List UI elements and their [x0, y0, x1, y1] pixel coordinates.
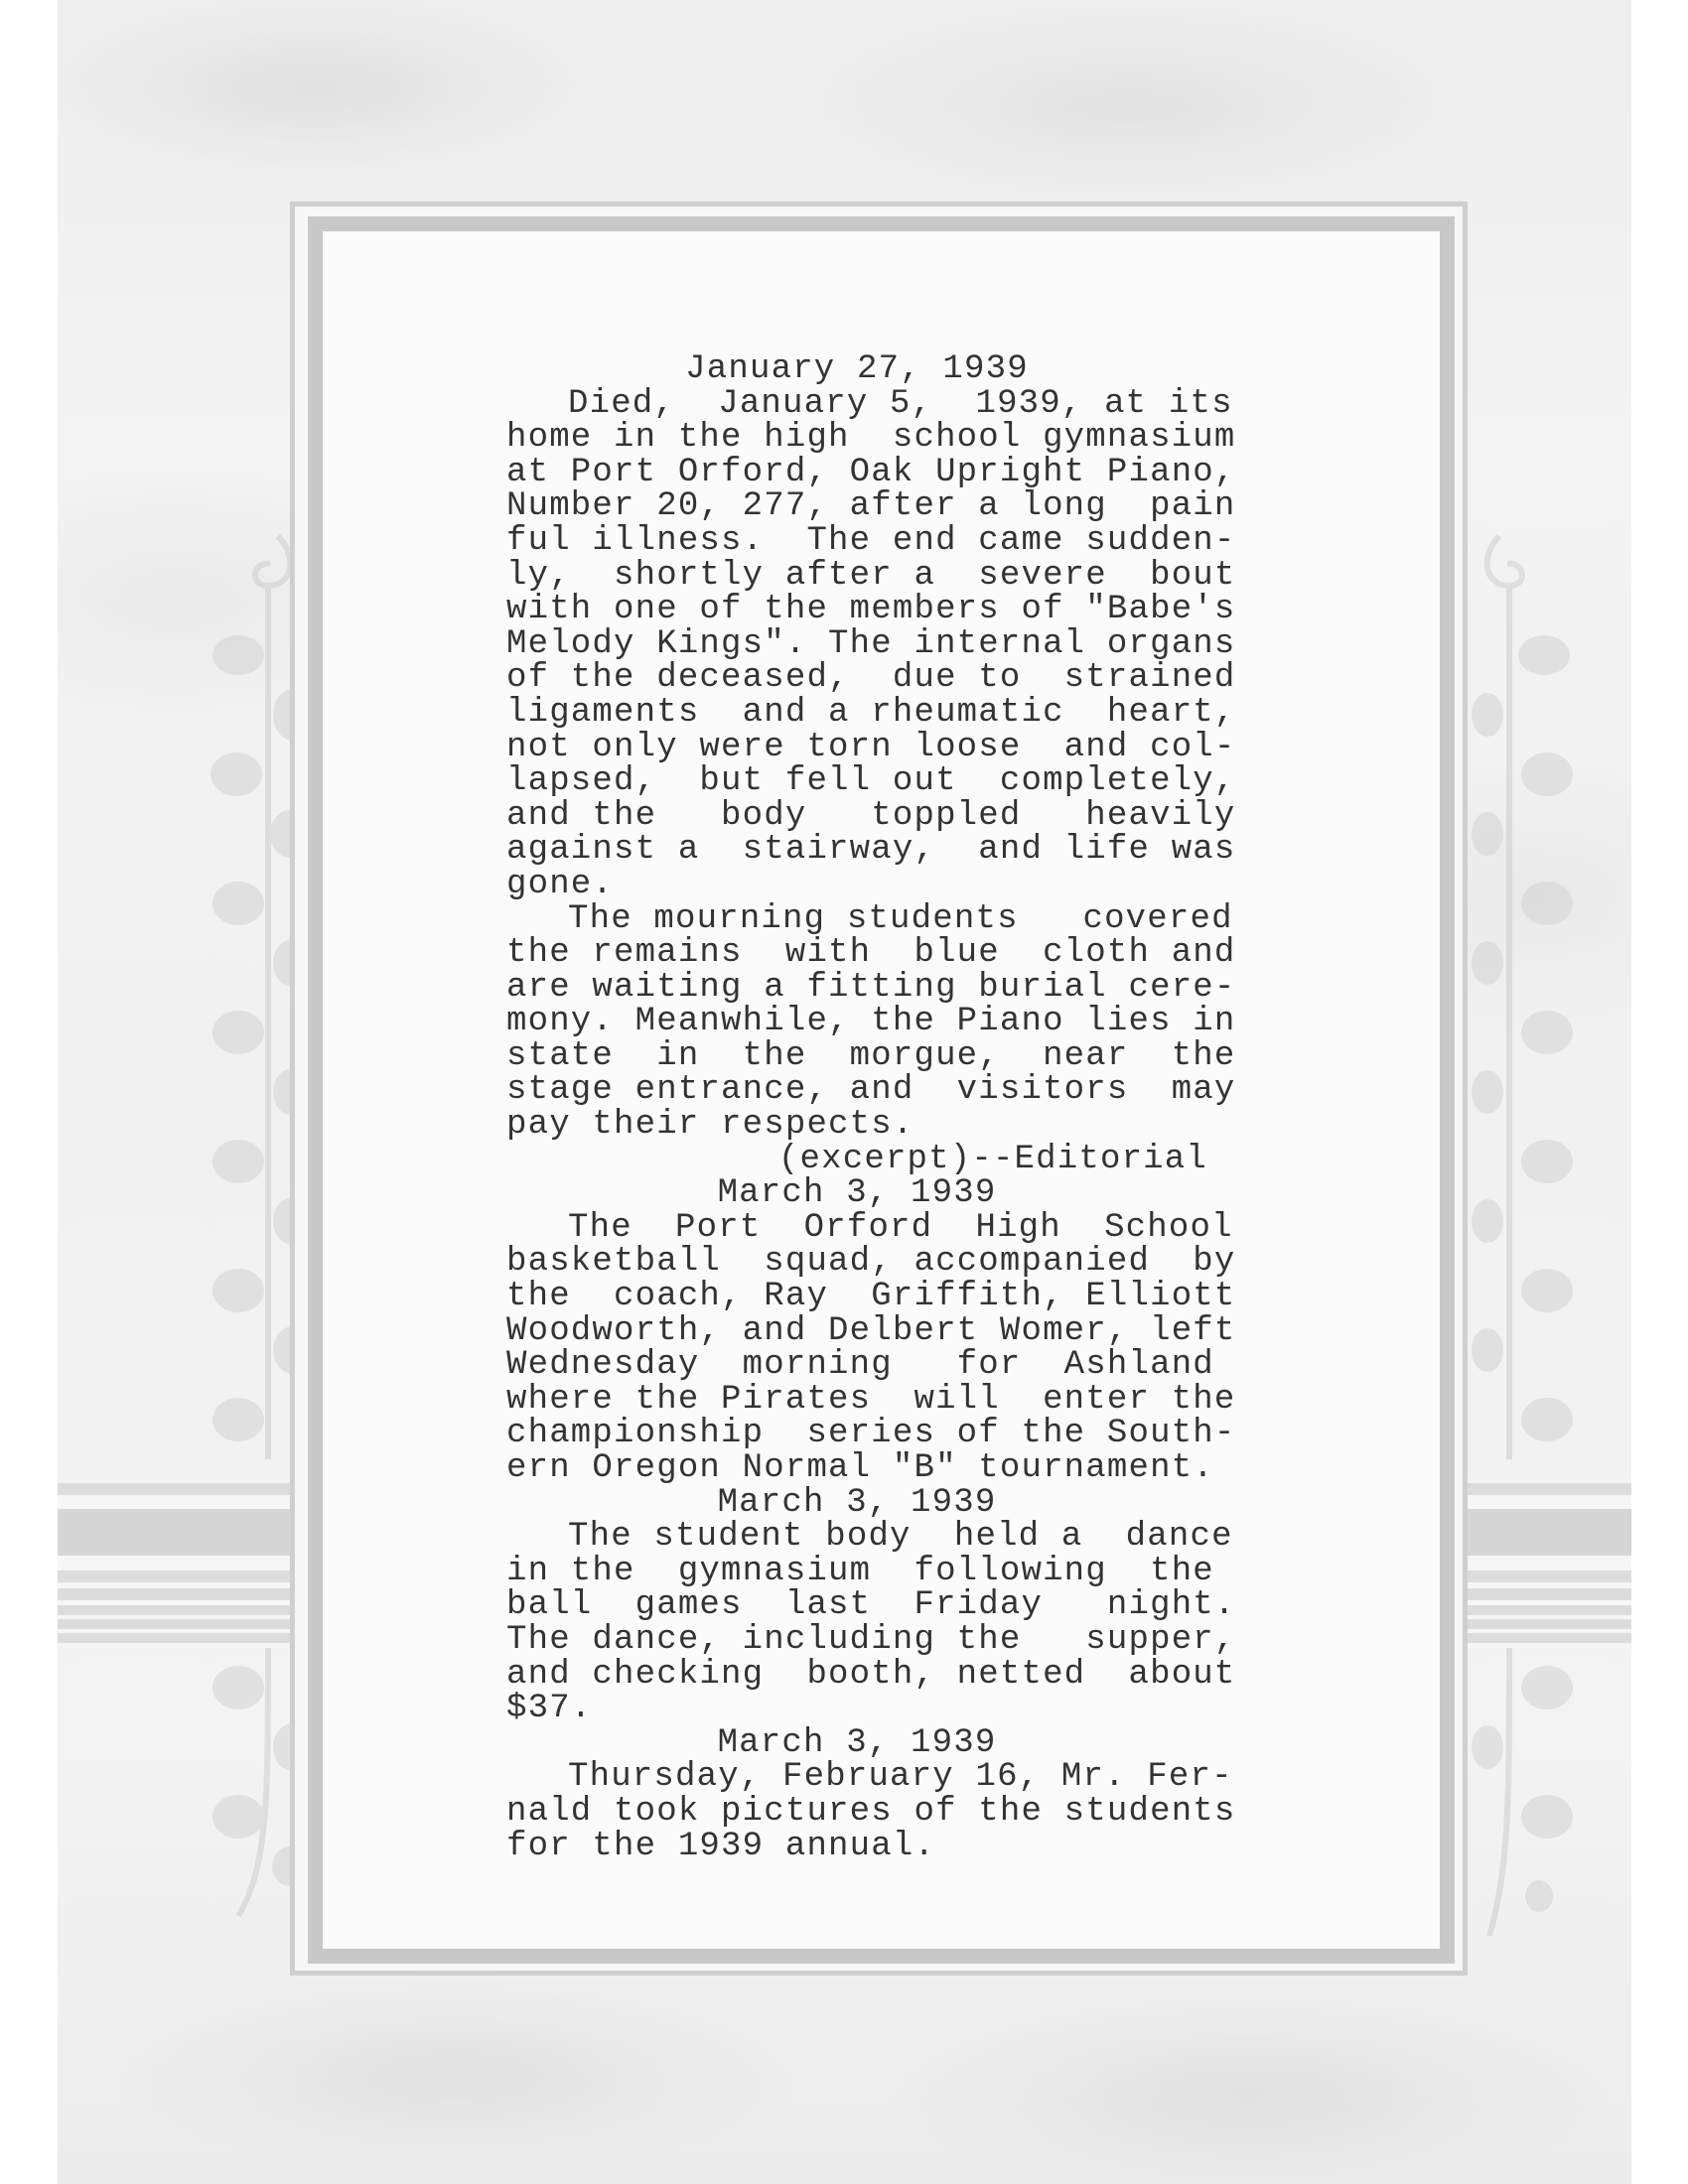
text-line: ball games last Friday night.	[506, 1588, 1207, 1623]
text-line: at Port Orford, Oak Upright Piano,	[506, 456, 1207, 490]
entry-date: January 27, 1939	[506, 352, 1207, 387]
vine-ornament-right-lower-icon	[1470, 1648, 1589, 1946]
decorative-stripe-band-right	[1468, 1479, 1631, 1648]
text-line: championship series of the South-	[506, 1417, 1207, 1451]
text-line: nald took pictures of the students	[506, 1795, 1207, 1830]
text-line: Melody Kings". The internal organs	[506, 627, 1207, 662]
text-line: gone.	[506, 868, 1207, 902]
text-line: where the Pirates will enter the	[506, 1383, 1207, 1418]
text-line: ly, shortly after a severe bout	[506, 559, 1207, 594]
text-line: basketball squad, accompanied by	[506, 1245, 1207, 1280]
text-line: $37.	[506, 1692, 1207, 1726]
text-line: Number 20, 277, after a long pain	[506, 489, 1207, 524]
attribution: (excerpt)--Editorial	[506, 1143, 1207, 1177]
text-line: the remains with blue cloth and	[506, 936, 1207, 971]
text-line: Thursday, February 16, Mr. Fer-	[506, 1760, 1207, 1795]
entry-date: March 3, 1939	[506, 1176, 1207, 1211]
entry-date: March 3, 1939	[506, 1486, 1207, 1521]
text-line: for the 1939 annual.	[506, 1830, 1207, 1864]
text-line: of the deceased, due to strained	[506, 661, 1207, 696]
text-line: stage entrance, and visitors may	[506, 1073, 1207, 1108]
text-line: pay their respects.	[506, 1108, 1207, 1143]
decorative-stripe-band-left	[58, 1479, 290, 1648]
text-line: ligaments and a rheumatic heart,	[506, 696, 1207, 731]
text-line: the coach, Ray Griffith, Elliott	[506, 1280, 1207, 1314]
text-line: state in the morgue, near the	[506, 1039, 1207, 1074]
text-line: and the body toppled heavily	[506, 799, 1207, 834]
text-line: Died, January 5, 1939, at its	[506, 387, 1207, 422]
text-line: home in the high school gymnasium	[506, 421, 1207, 456]
text-line: The dance, including the supper,	[506, 1623, 1207, 1658]
text-line: The student body held a dance	[506, 1520, 1207, 1555]
text-line: are waiting a fitting burial cere-	[506, 971, 1207, 1006]
text-line: not only were torn loose and col-	[506, 731, 1207, 765]
text-line: The Port Orford High School	[506, 1211, 1207, 1246]
text-line: The mourning students covered	[506, 902, 1207, 937]
text-line: Wednesday morning for Ashland	[506, 1348, 1207, 1383]
entry-date: March 3, 1939	[506, 1726, 1207, 1761]
text-line: mony. Meanwhile, the Piano lies in	[506, 1005, 1207, 1039]
text-line: in the gymnasium following the	[506, 1555, 1207, 1589]
text-line: ern Oregon Normal "B" tournament.	[506, 1451, 1207, 1486]
text-line: lapsed, but fell out completely,	[506, 764, 1207, 799]
text-line: and checking booth, netted about	[506, 1658, 1207, 1693]
text-line: ful illness. The end came sudden-	[506, 524, 1207, 559]
text-line: with one of the members of "Babe's	[506, 593, 1207, 627]
vine-ornament-right-upper-icon	[1470, 516, 1589, 1469]
typewritten-article: January 27, 1939 Died, January 5, 1939, …	[506, 352, 1207, 1863]
text-line: Woodworth, and Delbert Womer, left	[506, 1314, 1207, 1349]
text-line: against a stairway, and life was	[506, 833, 1207, 868]
